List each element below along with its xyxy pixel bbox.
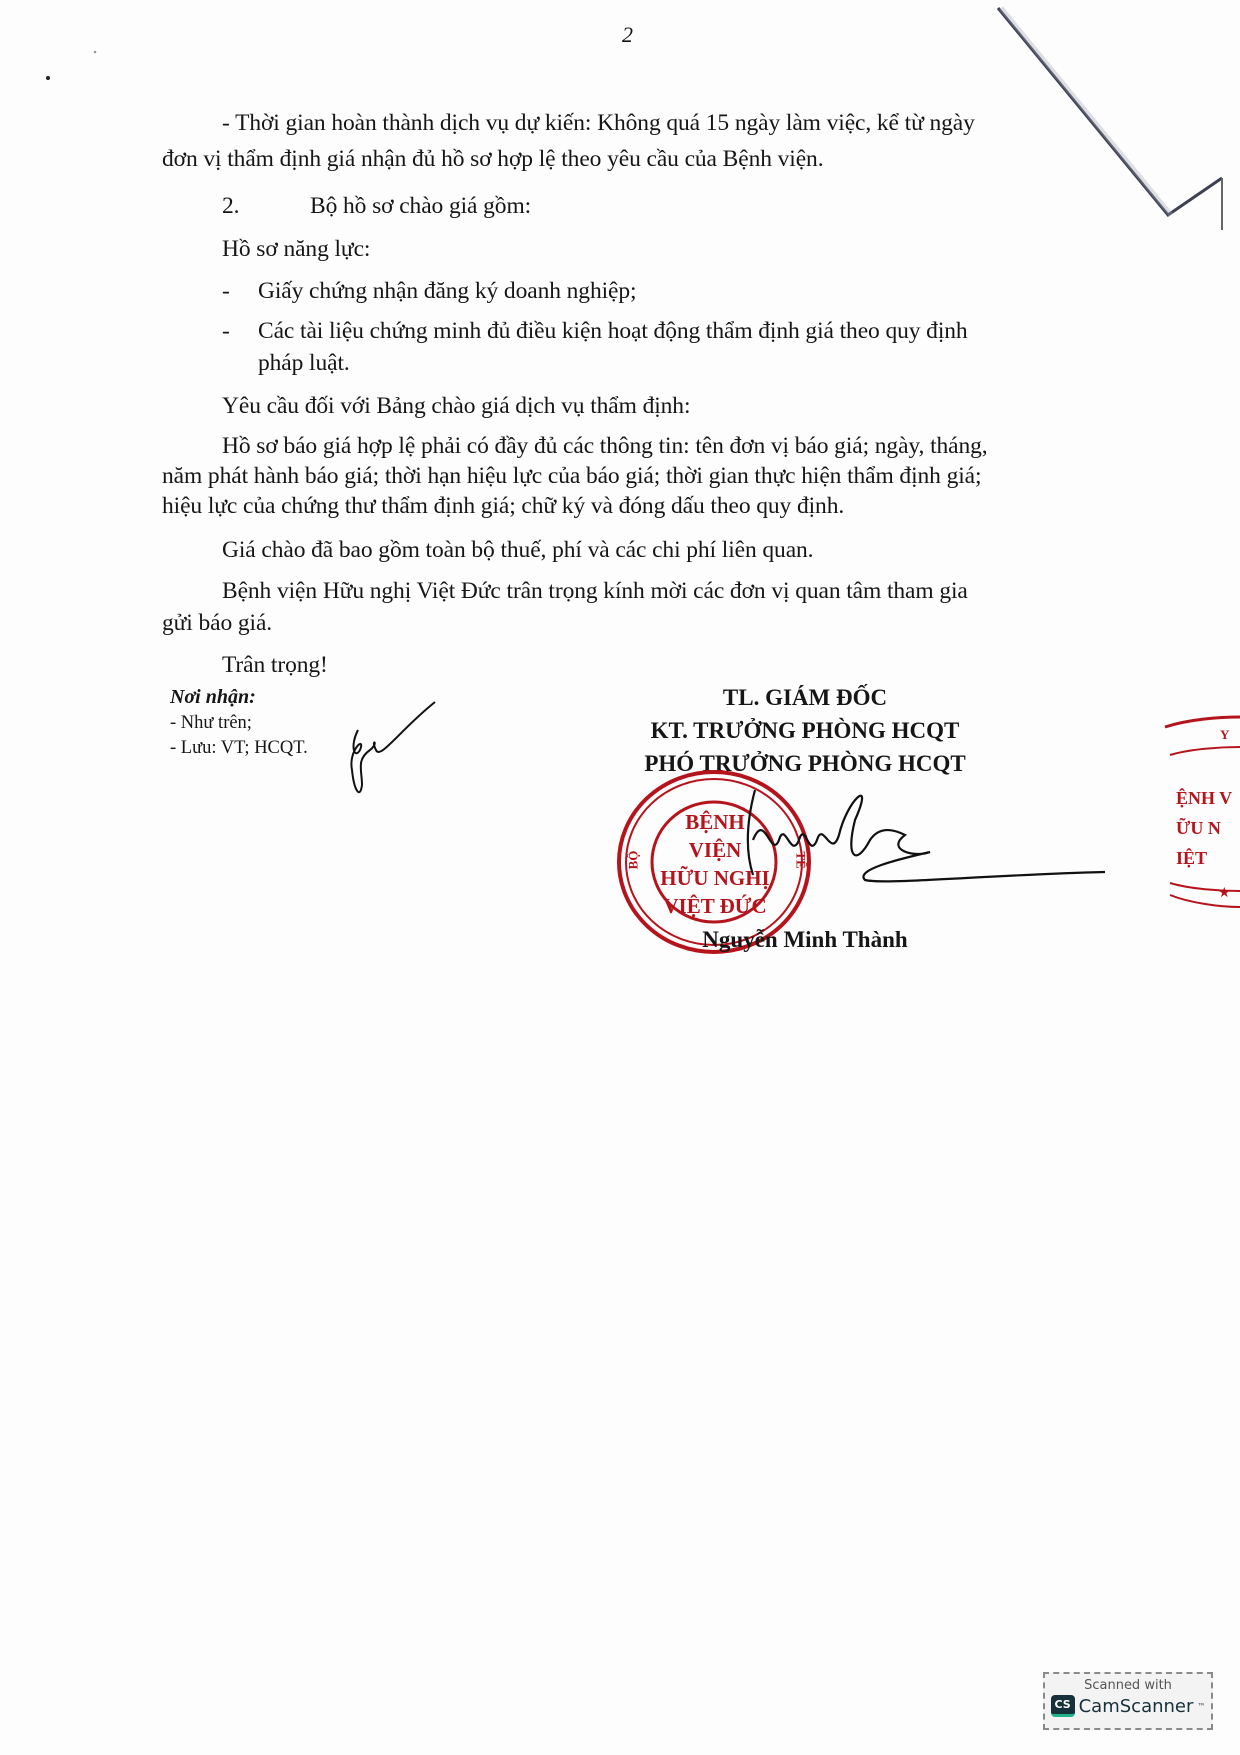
camscanner-watermark: Scanned with CS CamScanner ™	[1043, 1672, 1213, 1730]
camscanner-logo-icon: CS	[1051, 1695, 1075, 1717]
requirements-line-3: hiệu lực của chứng thư thẩm định giá; ch…	[162, 493, 844, 520]
capacity-item-2-line-1: Các tài liệu chứng minh đủ điều kiện hoạ…	[258, 318, 968, 345]
trademark-symbol: ™	[1197, 1702, 1205, 1711]
edge-stamp-line-3: IỆT	[1176, 843, 1232, 873]
edge-stamp-line-2: ỮU N	[1176, 813, 1232, 843]
signature-title-2: KT. TRƯỞNG PHÒNG HCQT	[555, 718, 1055, 744]
requirements-line-2: năm phát hành báo giá; thời hạn hiệu lực…	[162, 463, 981, 490]
watermark-caption: Scanned with	[1045, 1678, 1211, 1693]
closing: Trân trọng!	[222, 652, 328, 679]
completion-time-line-2: đơn vị thẩm định giá nhận đủ hồ sơ hợp l…	[162, 146, 823, 173]
bullet-dash: -	[222, 278, 230, 305]
stamp-side-left: BỘ	[625, 851, 641, 870]
capacity-item-1: Giấy chứng nhận đăng ký doanh nghiệp;	[258, 278, 636, 305]
signer-name: Nguyễn Minh Thành	[555, 927, 1055, 953]
watermark-brand: CamScanner	[1079, 1696, 1194, 1717]
initials-signature	[340, 690, 450, 800]
recipient-item: - Lưu: VT; HCQT.	[170, 738, 308, 759]
edge-stamp-fragment: Y ỆNH V ỮU N IỆT ★	[1160, 705, 1240, 915]
bullet-dash: -	[222, 318, 230, 345]
handwritten-signature	[735, 780, 1115, 900]
completion-time-line-1: - Thời gian hoàn thành dịch vụ dự kiến: …	[222, 110, 975, 137]
requirements-line-1: Hồ sơ báo giá hợp lệ phải có đầy đủ các …	[222, 433, 988, 460]
recipient-item: - Như trên;	[170, 713, 252, 734]
section-number: 2.	[222, 193, 239, 220]
price-note: Giá chào đã bao gồm toàn bộ thuế, phí và…	[222, 537, 813, 564]
capacity-heading: Hồ sơ năng lực:	[222, 236, 370, 263]
recipients-heading: Nơi nhận:	[170, 686, 256, 709]
capacity-item-2-line-2: pháp luật.	[258, 350, 350, 377]
signature-title-1: TL. GIÁM ĐỐC	[555, 685, 1055, 711]
invitation-line-1: Bệnh viện Hữu nghị Việt Đức trân trọng k…	[222, 578, 968, 605]
edge-stamp-top: Y	[1220, 727, 1229, 743]
page-number: 2	[622, 22, 633, 48]
invitation-line-2: gửi báo giá.	[162, 610, 272, 637]
section-title: Bộ hồ sơ chào giá gồm:	[310, 193, 531, 220]
requirements-heading: Yêu cầu đối với Bảng chào giá dịch vụ th…	[222, 393, 690, 420]
edge-stamp-line-1: ỆNH V	[1176, 783, 1232, 813]
star-icon: ★	[1218, 885, 1231, 902]
